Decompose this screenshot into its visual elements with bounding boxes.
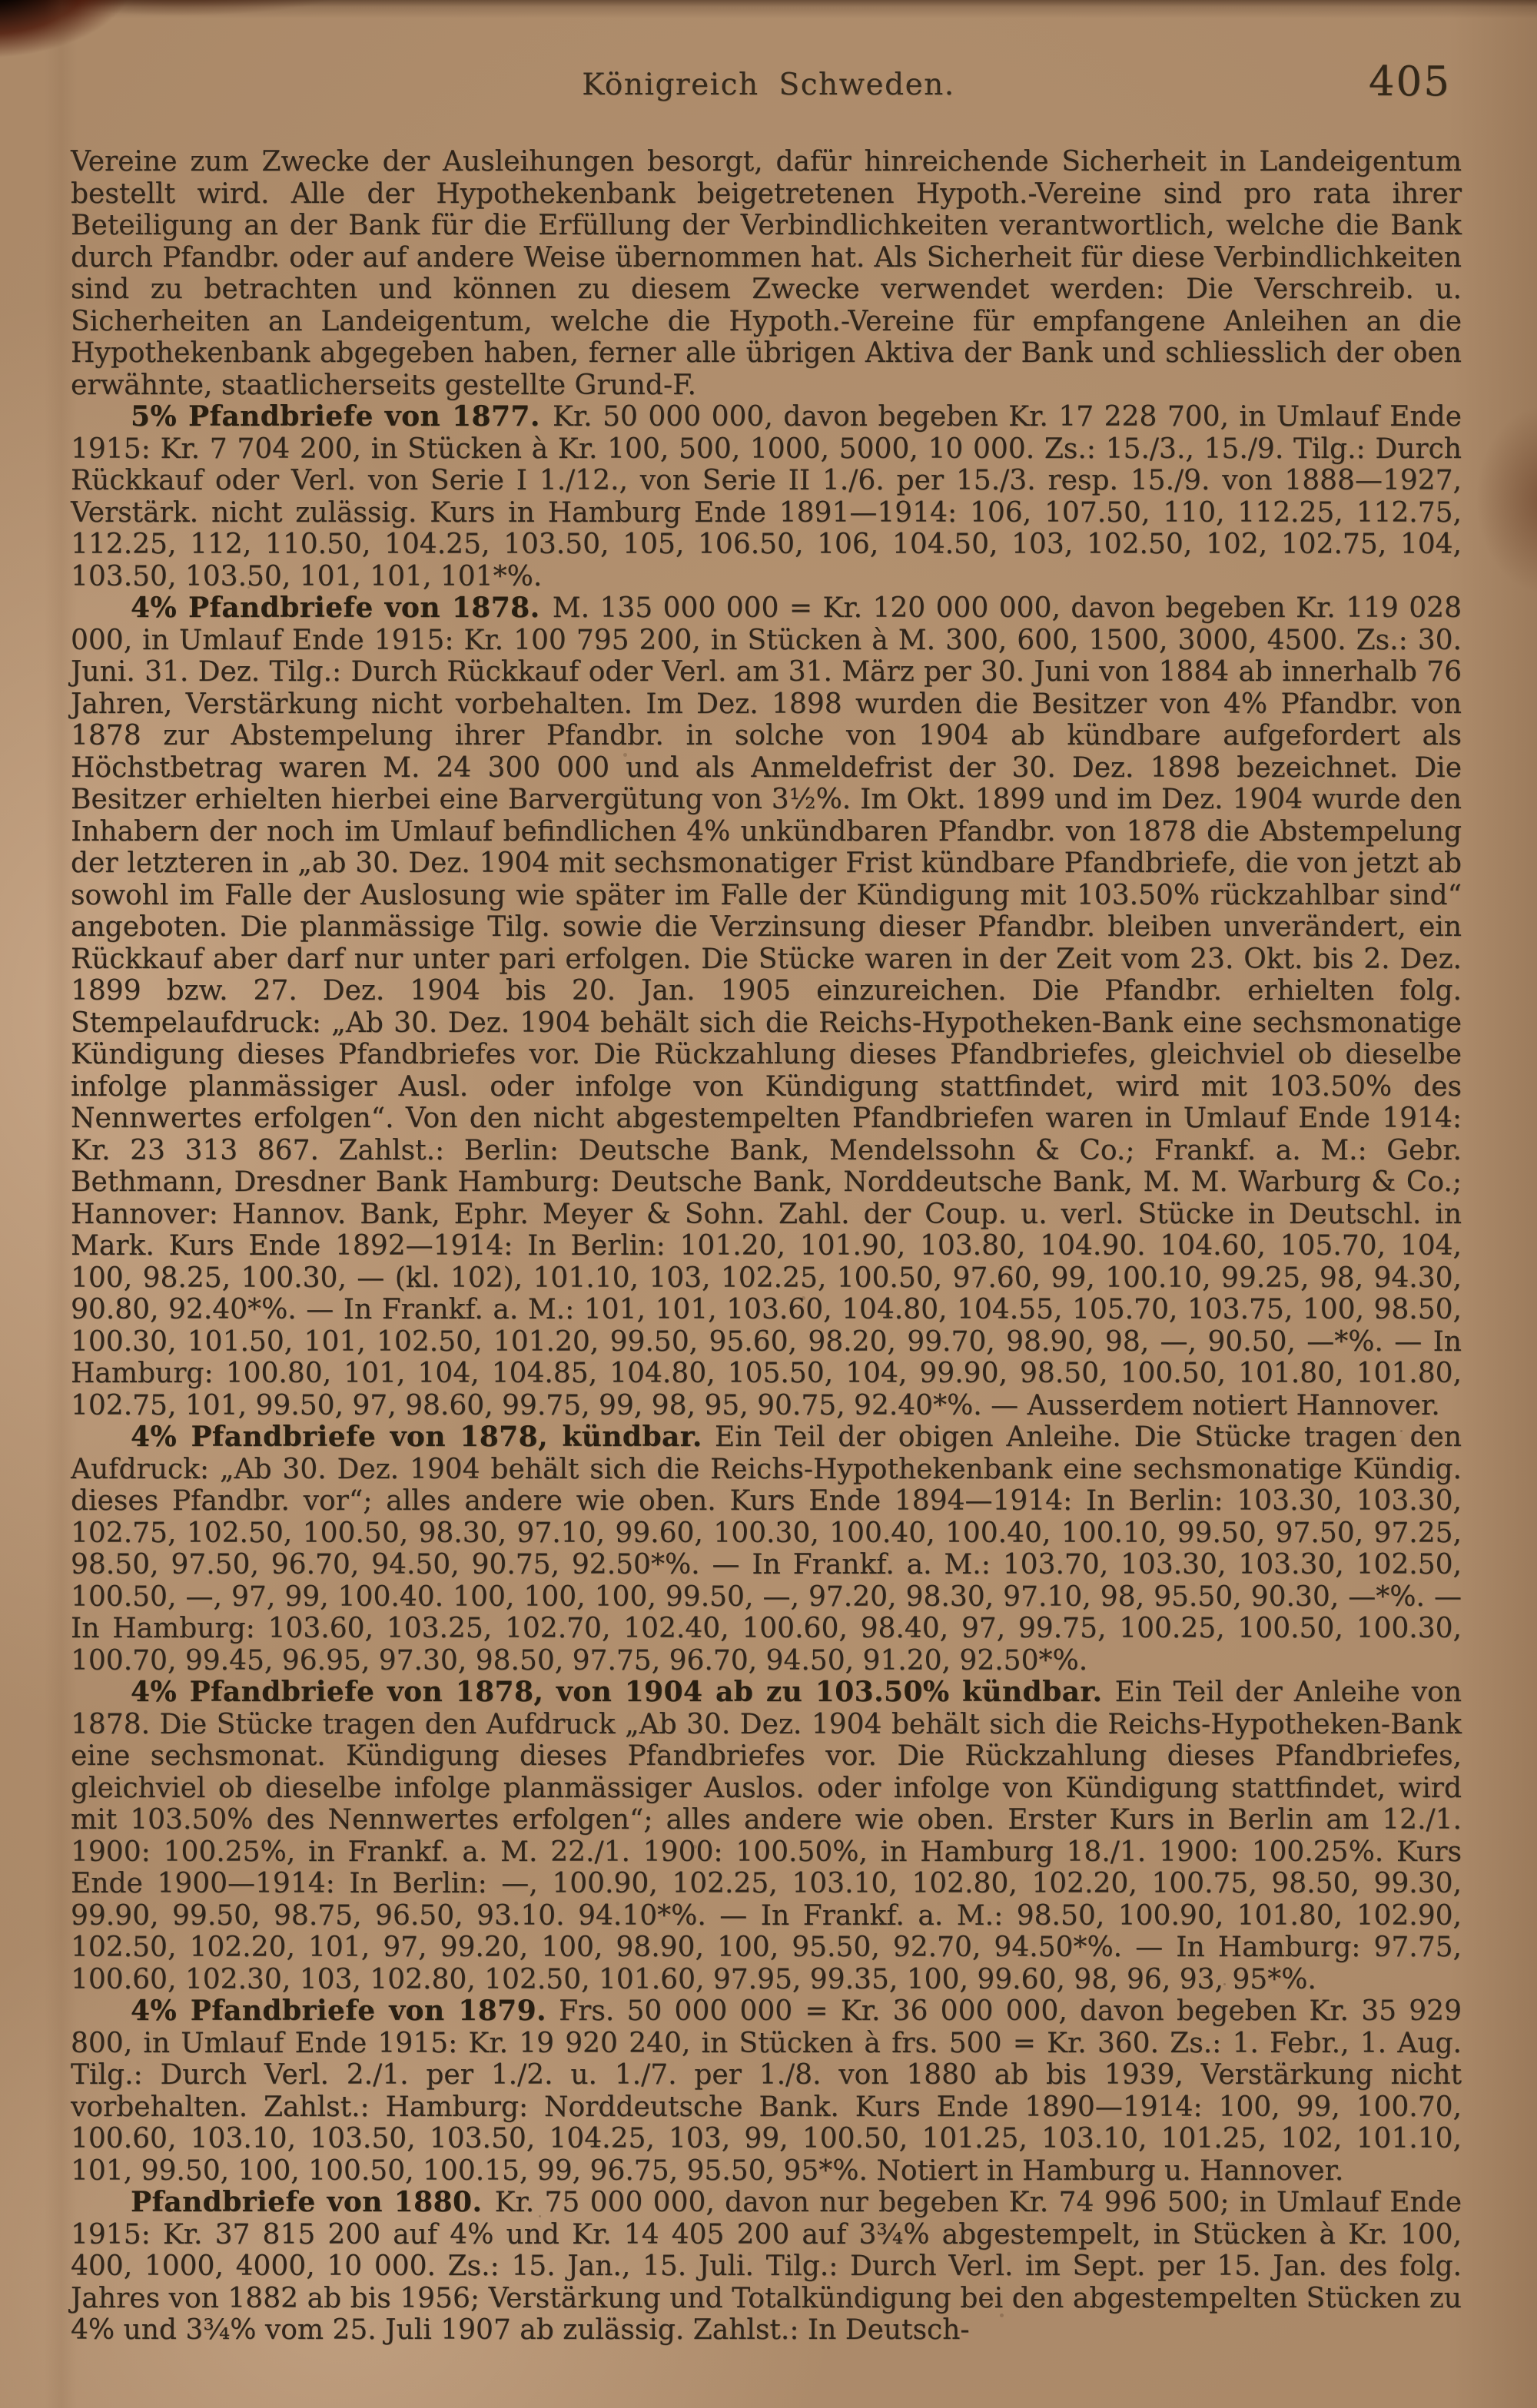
paragraph: 4% Pfandbriefe von 1879.Frs. 50 000 000 … [71,1995,1462,2187]
text-block: Vereine zum Zwecke der Ausleihungen beso… [71,146,1462,2347]
paragraph: 4% Pfandbriefe von 1878, kündbar.Ein Tei… [71,1421,1462,1677]
paragraph: 4% Pfandbriefe von 1878, von 1904 ab zu … [71,1677,1462,1995]
paragraph: Pfandbriefe von 1880.Kr. 75 000 000, dav… [71,2187,1462,2347]
paragraph-lead: 5% Pfandbriefe von 1877. [131,400,540,433]
paragraph-lead: 4% Pfandbriefe von 1879. [131,1995,546,2027]
book-page: Königreich Schweden. 405 Vereine zum Zwe… [0,0,1537,2408]
paragraph-text: Ein Teil der Anleihe von 1878. Die Stück… [71,1677,1462,1995]
page-header: Königreich Schweden. 405 [0,0,1537,115]
paragraph: 5% Pfandbriefe von 1877.Kr. 50 000 000, … [71,401,1462,592]
paragraph: Vereine zum Zwecke der Ausleihungen beso… [71,146,1462,401]
paragraph-lead: Pfandbriefe von 1880. [131,2186,482,2218]
paragraph-lead: 4% Pfandbriefe von 1878, von 1904 ab zu … [131,1676,1102,1708]
paragraph-text: Ein Teil der obigen Anleihe. Die Stücke … [71,1421,1462,1677]
paragraph-text: Vereine zum Zwecke der Ausleihungen beso… [71,146,1462,401]
paragraph-text: M. 135 000 000 = Kr. 120 000 000, davon … [71,592,1462,1421]
paragraph: 4% Pfandbriefe von 1878.M. 135 000 000 =… [71,592,1462,1421]
paragraph-lead: 4% Pfandbriefe von 1878. [131,592,540,624]
paragraph-lead: 4% Pfandbriefe von 1878, kündbar. [131,1421,702,1453]
running-head: Königreich Schweden. [0,68,1537,102]
page-number: 405 [1369,58,1451,105]
